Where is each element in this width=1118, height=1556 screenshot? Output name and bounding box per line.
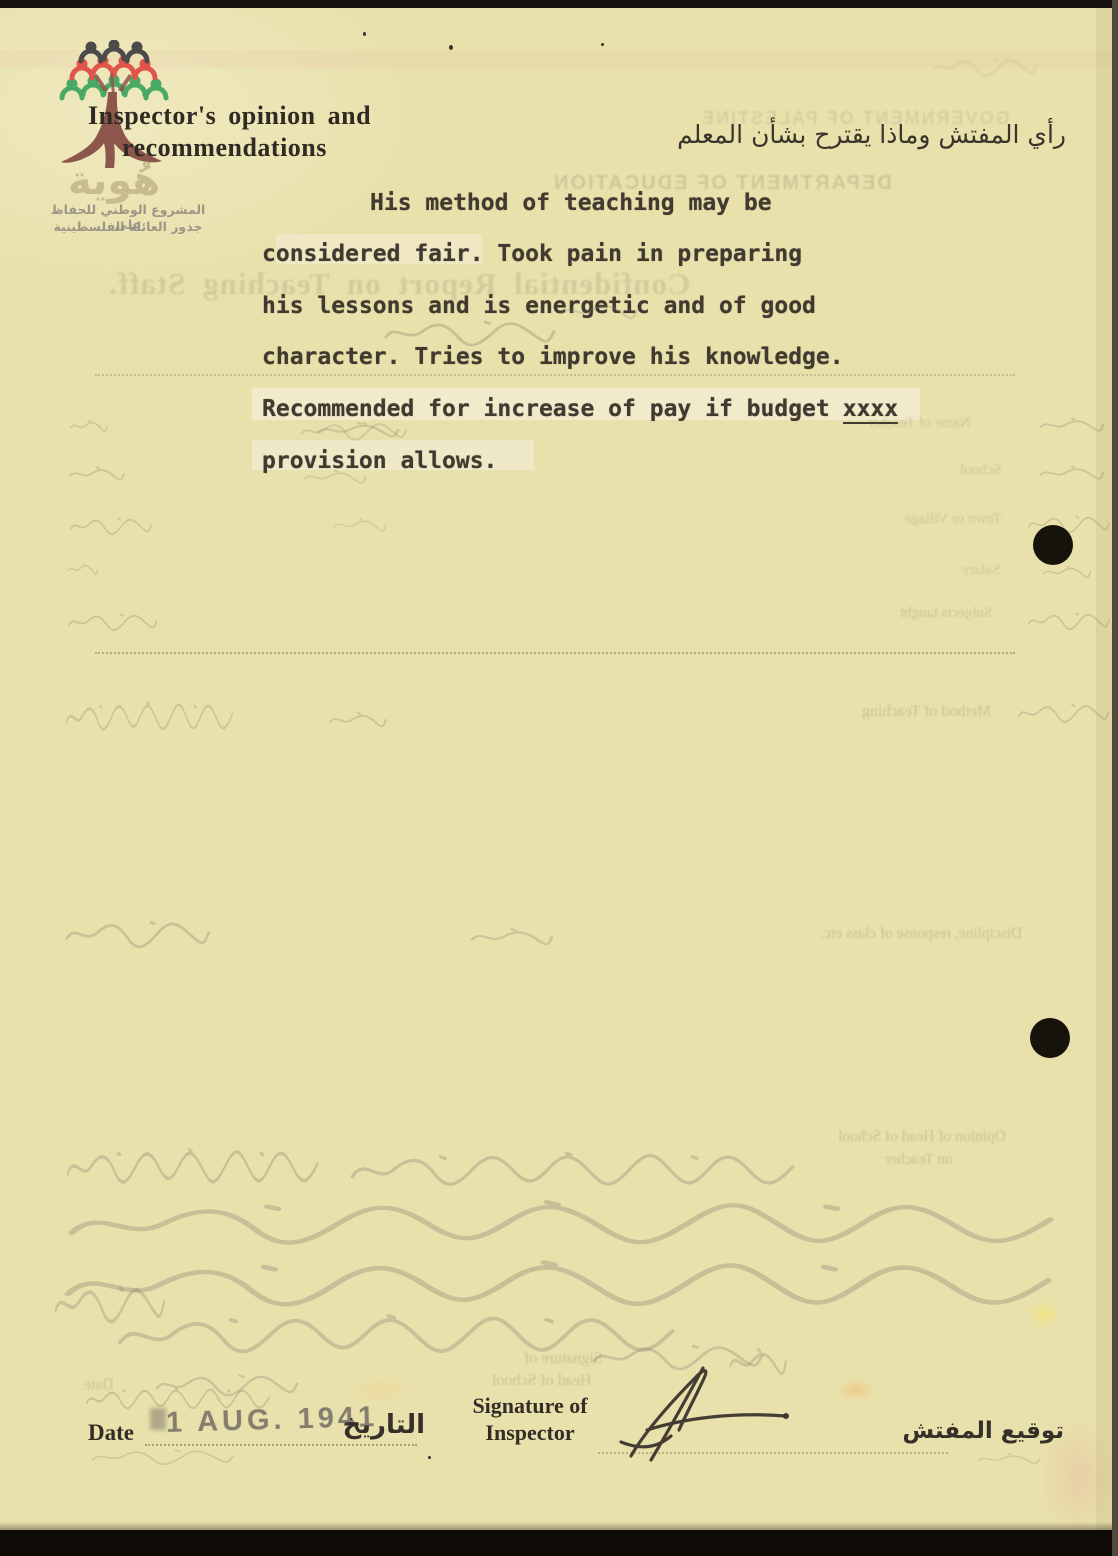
bleed-field-subjects: Subjects taught — [900, 605, 992, 622]
handwriting-bleed — [974, 1452, 1044, 1466]
ink-speck — [449, 45, 453, 50]
logo-org-line2: جذور العائلة الفلسطينية — [40, 219, 216, 234]
hole-punch-bottom — [1030, 1018, 1070, 1058]
typed-line-3: his lessons and is energetic and of good — [262, 293, 816, 319]
date-label: Date — [88, 1420, 134, 1446]
handwriting-bleed — [64, 1146, 332, 1188]
logo-calligraphy: هُوية — [68, 158, 160, 204]
handwriting-bleed — [380, 318, 560, 348]
ink-speck — [363, 32, 366, 36]
hole-punch-top — [1033, 525, 1073, 565]
page-title-line1: Inspector's opinion and — [88, 101, 371, 131]
bleed-field-school: School — [960, 462, 1002, 479]
handwriting-bleed — [466, 926, 558, 948]
handwriting-bleed — [1026, 611, 1112, 631]
dotted-rule-upper — [95, 374, 1015, 376]
handwriting-bleed — [62, 918, 214, 950]
orange-spot-1 — [836, 1378, 876, 1402]
orange-spot-2 — [348, 1376, 412, 1404]
typed-line-2: considered fair. Took pain in preparing — [262, 241, 802, 267]
handwriting-bleed — [68, 516, 154, 536]
handwriting-bleed — [68, 418, 110, 434]
inspector-signature-label-arabic: توقيع المفتش — [942, 1418, 1064, 1444]
bleed-field-salary: Salary — [962, 562, 1000, 579]
typed-line-5: Recommended for increase of pay if budge… — [262, 396, 898, 422]
handwriting-bleed — [1040, 564, 1094, 580]
right-olive-band — [1096, 0, 1112, 1556]
handwriting-bleed — [1016, 702, 1112, 724]
handwriting-bleed — [326, 710, 390, 730]
date-dotted-line — [145, 1444, 417, 1446]
handwriting-bleed — [88, 1448, 238, 1466]
handwriting-bleed — [64, 700, 242, 734]
handwriting-bleed — [66, 612, 160, 632]
scanned-document-page: هُوية المشروع الوطني للحفاظ على جذور الع… — [0, 0, 1118, 1556]
bleed-field-name: Name of Teacher — [868, 415, 971, 432]
ink-speck — [601, 43, 604, 46]
bleed-government-line: GOVERNMENT OF PALESTINE — [700, 108, 1010, 129]
handwriting-bleed — [1036, 464, 1108, 482]
page-title-line2: recommendations — [122, 133, 327, 163]
typed-line-6: provision allows. — [262, 448, 497, 474]
date-label-arabic: التاريخ — [345, 1410, 425, 1440]
handwriting-bleed — [54, 1258, 1104, 1312]
scan-edge-bottom-fade — [0, 1522, 1118, 1532]
handwriting-bleed — [66, 465, 128, 483]
ink-speck — [428, 1456, 431, 1459]
scan-edge-bottom — [0, 1530, 1118, 1556]
bleed-field-opinion-2: on Teacher — [885, 1151, 953, 1169]
handwriting-bleed — [58, 1198, 1106, 1250]
inspector-signature-ink — [585, 1364, 800, 1466]
bleed-field-town: Town or Village — [905, 511, 1002, 528]
handwriting-bleed — [1036, 416, 1108, 434]
bleed-field-method: Method of Teaching — [862, 703, 991, 721]
handwriting-bleed — [300, 468, 370, 486]
bleed-field-opinion-1: Opinion of Head of School — [838, 1128, 1006, 1146]
scan-edge-top — [0, 0, 1118, 8]
typed-line-5-text: Recommended for increase of pay if budge… — [262, 396, 830, 422]
bleed-field-discipline: Discipline, response of class etc. — [820, 925, 1022, 943]
handwriting-bleed — [330, 516, 390, 534]
scan-edge-right — [1112, 0, 1118, 1556]
handwriting-bleed — [346, 1150, 818, 1190]
bleed-field-sig-2: Head of School — [492, 1372, 592, 1390]
handwriting-bleed — [556, 300, 642, 322]
handwriting-bleed — [930, 56, 1040, 78]
handwriting-bleed — [298, 420, 410, 442]
handwriting-bleed — [66, 561, 100, 577]
typed-line-1: His method of teaching may be — [370, 190, 772, 216]
dotted-rule-lower — [95, 652, 1015, 654]
